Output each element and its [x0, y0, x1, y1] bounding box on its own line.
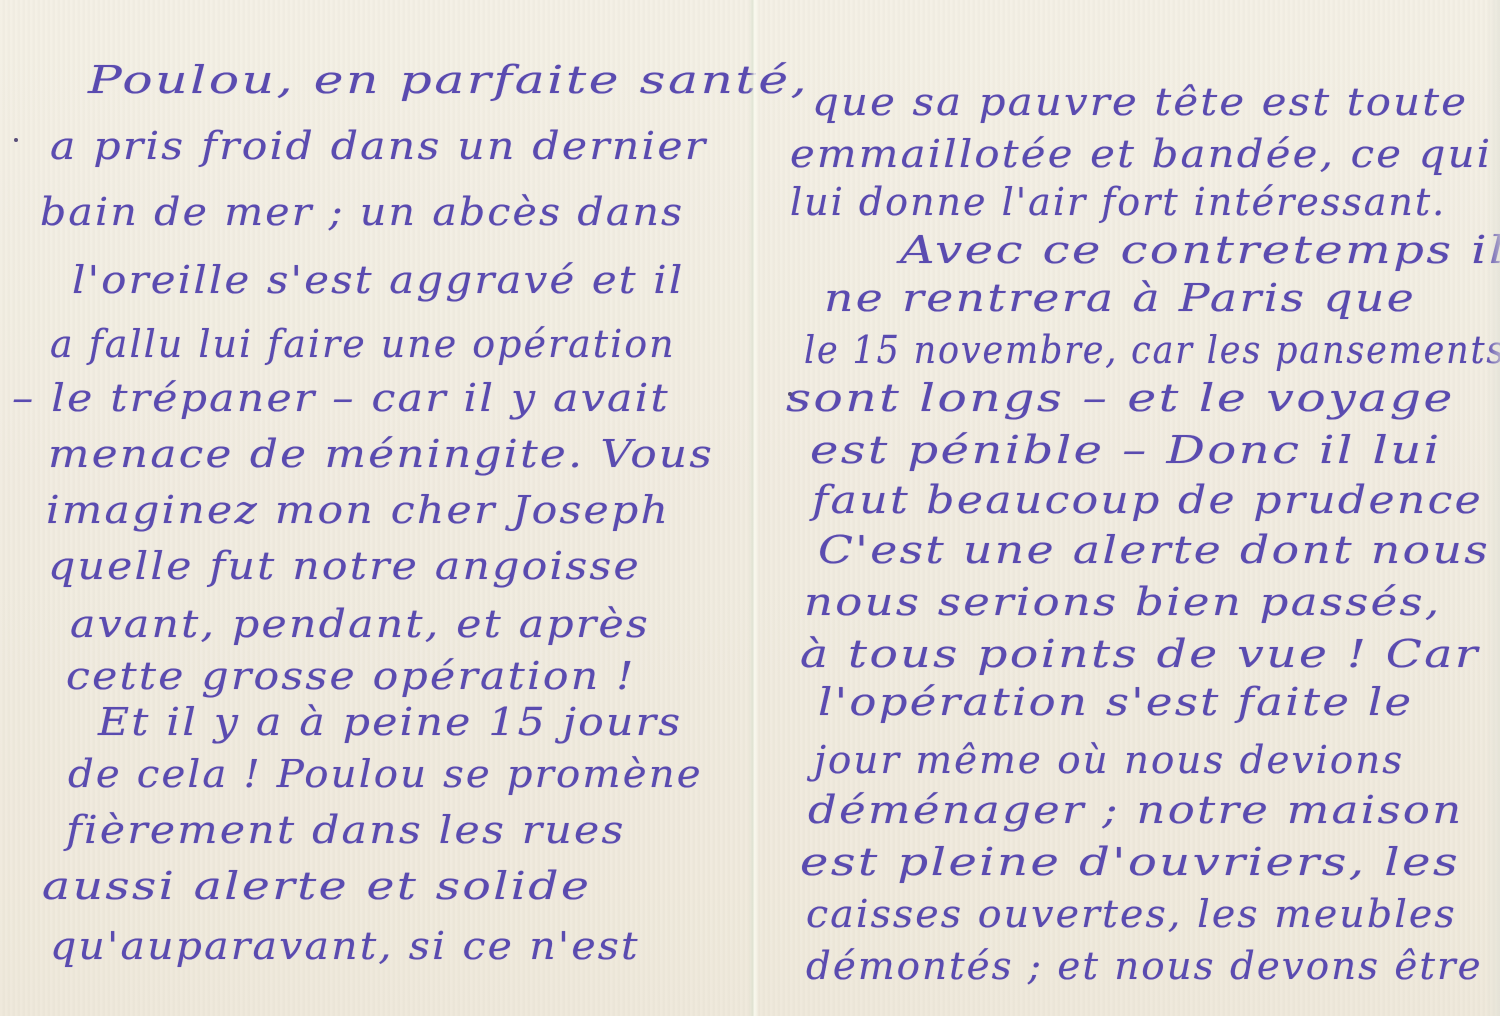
ink-speck	[788, 392, 792, 396]
left-line-14: fièrement dans les rues	[66, 808, 626, 852]
right-line-16: est pleine d'ouvriers, les	[800, 840, 1460, 884]
right-line-2: emmaillotée et bandée, ce qui	[790, 132, 1492, 176]
left-line-2: a pris froid dans un dernier	[50, 124, 707, 168]
left-line-8: imaginez mon cher Joseph	[46, 488, 670, 532]
right-line-8: est pénible – Donc il lui	[810, 428, 1442, 472]
right-line-4: Avec ce contretemps il	[900, 228, 1500, 272]
right-line-15: déménager ; notre maison	[808, 788, 1463, 832]
left-line-7: menace de méningite. Vous	[48, 432, 714, 476]
right-line-1: que sa pauvre tête est toute	[812, 80, 1468, 124]
left-line-11: cette grosse opération !	[66, 654, 635, 698]
right-line-3: lui donne l'air fort intéressant.	[790, 180, 1446, 224]
left-page: Poulou, en parfaite santé, a pris froid …	[0, 0, 752, 1016]
right-line-14: jour même où nous devions	[814, 738, 1404, 782]
right-line-5: ne rentrera à Paris que	[824, 276, 1416, 320]
right-line-10: C'est une alerte dont nous	[818, 528, 1490, 572]
paper-edge	[1486, 0, 1500, 1016]
right-line-12: à tous points de vue ! Car	[800, 632, 1480, 676]
right-page: que sa pauvre tête est toute emmaillotée…	[760, 0, 1500, 1016]
left-line-1: Poulou, en parfaite santé,	[88, 58, 809, 102]
right-line-13: l'opération s'est faite le	[818, 680, 1413, 724]
left-line-15: aussi alerte et solide	[42, 864, 591, 908]
right-line-18: démontés ; et nous devons être	[806, 944, 1483, 988]
left-line-10: avant, pendant, et après	[70, 602, 650, 646]
left-line-5: a fallu lui faire une opération	[50, 322, 676, 366]
left-line-9: quelle fut notre angoisse	[48, 544, 641, 588]
handwritten-letter: Poulou, en parfaite santé, a pris froid …	[0, 0, 1500, 1016]
right-line-7: sont longs – et le voyage	[786, 376, 1455, 420]
left-line-3: bain de mer ; un abcès dans	[40, 190, 684, 234]
right-line-9: faut beaucoup de prudence	[812, 478, 1483, 522]
right-line-6: le 15 novembre, car les pansements	[804, 328, 1500, 372]
left-line-16: qu'auparavant, si ce n'est	[50, 924, 640, 968]
left-line-13: de cela ! Poulou se promène	[68, 752, 703, 796]
page-fold	[749, 0, 759, 1016]
left-line-4: l'oreille s'est aggravé et il	[72, 258, 684, 302]
right-line-17: caisses ouvertes, les meubles	[806, 892, 1457, 936]
left-line-6: – le trépaner – car il y avait	[12, 376, 670, 420]
right-line-11: nous serions bien passés,	[804, 580, 1441, 624]
left-line-12: Et il y a à peine 15 jours	[98, 700, 682, 744]
ink-speck	[14, 138, 18, 142]
